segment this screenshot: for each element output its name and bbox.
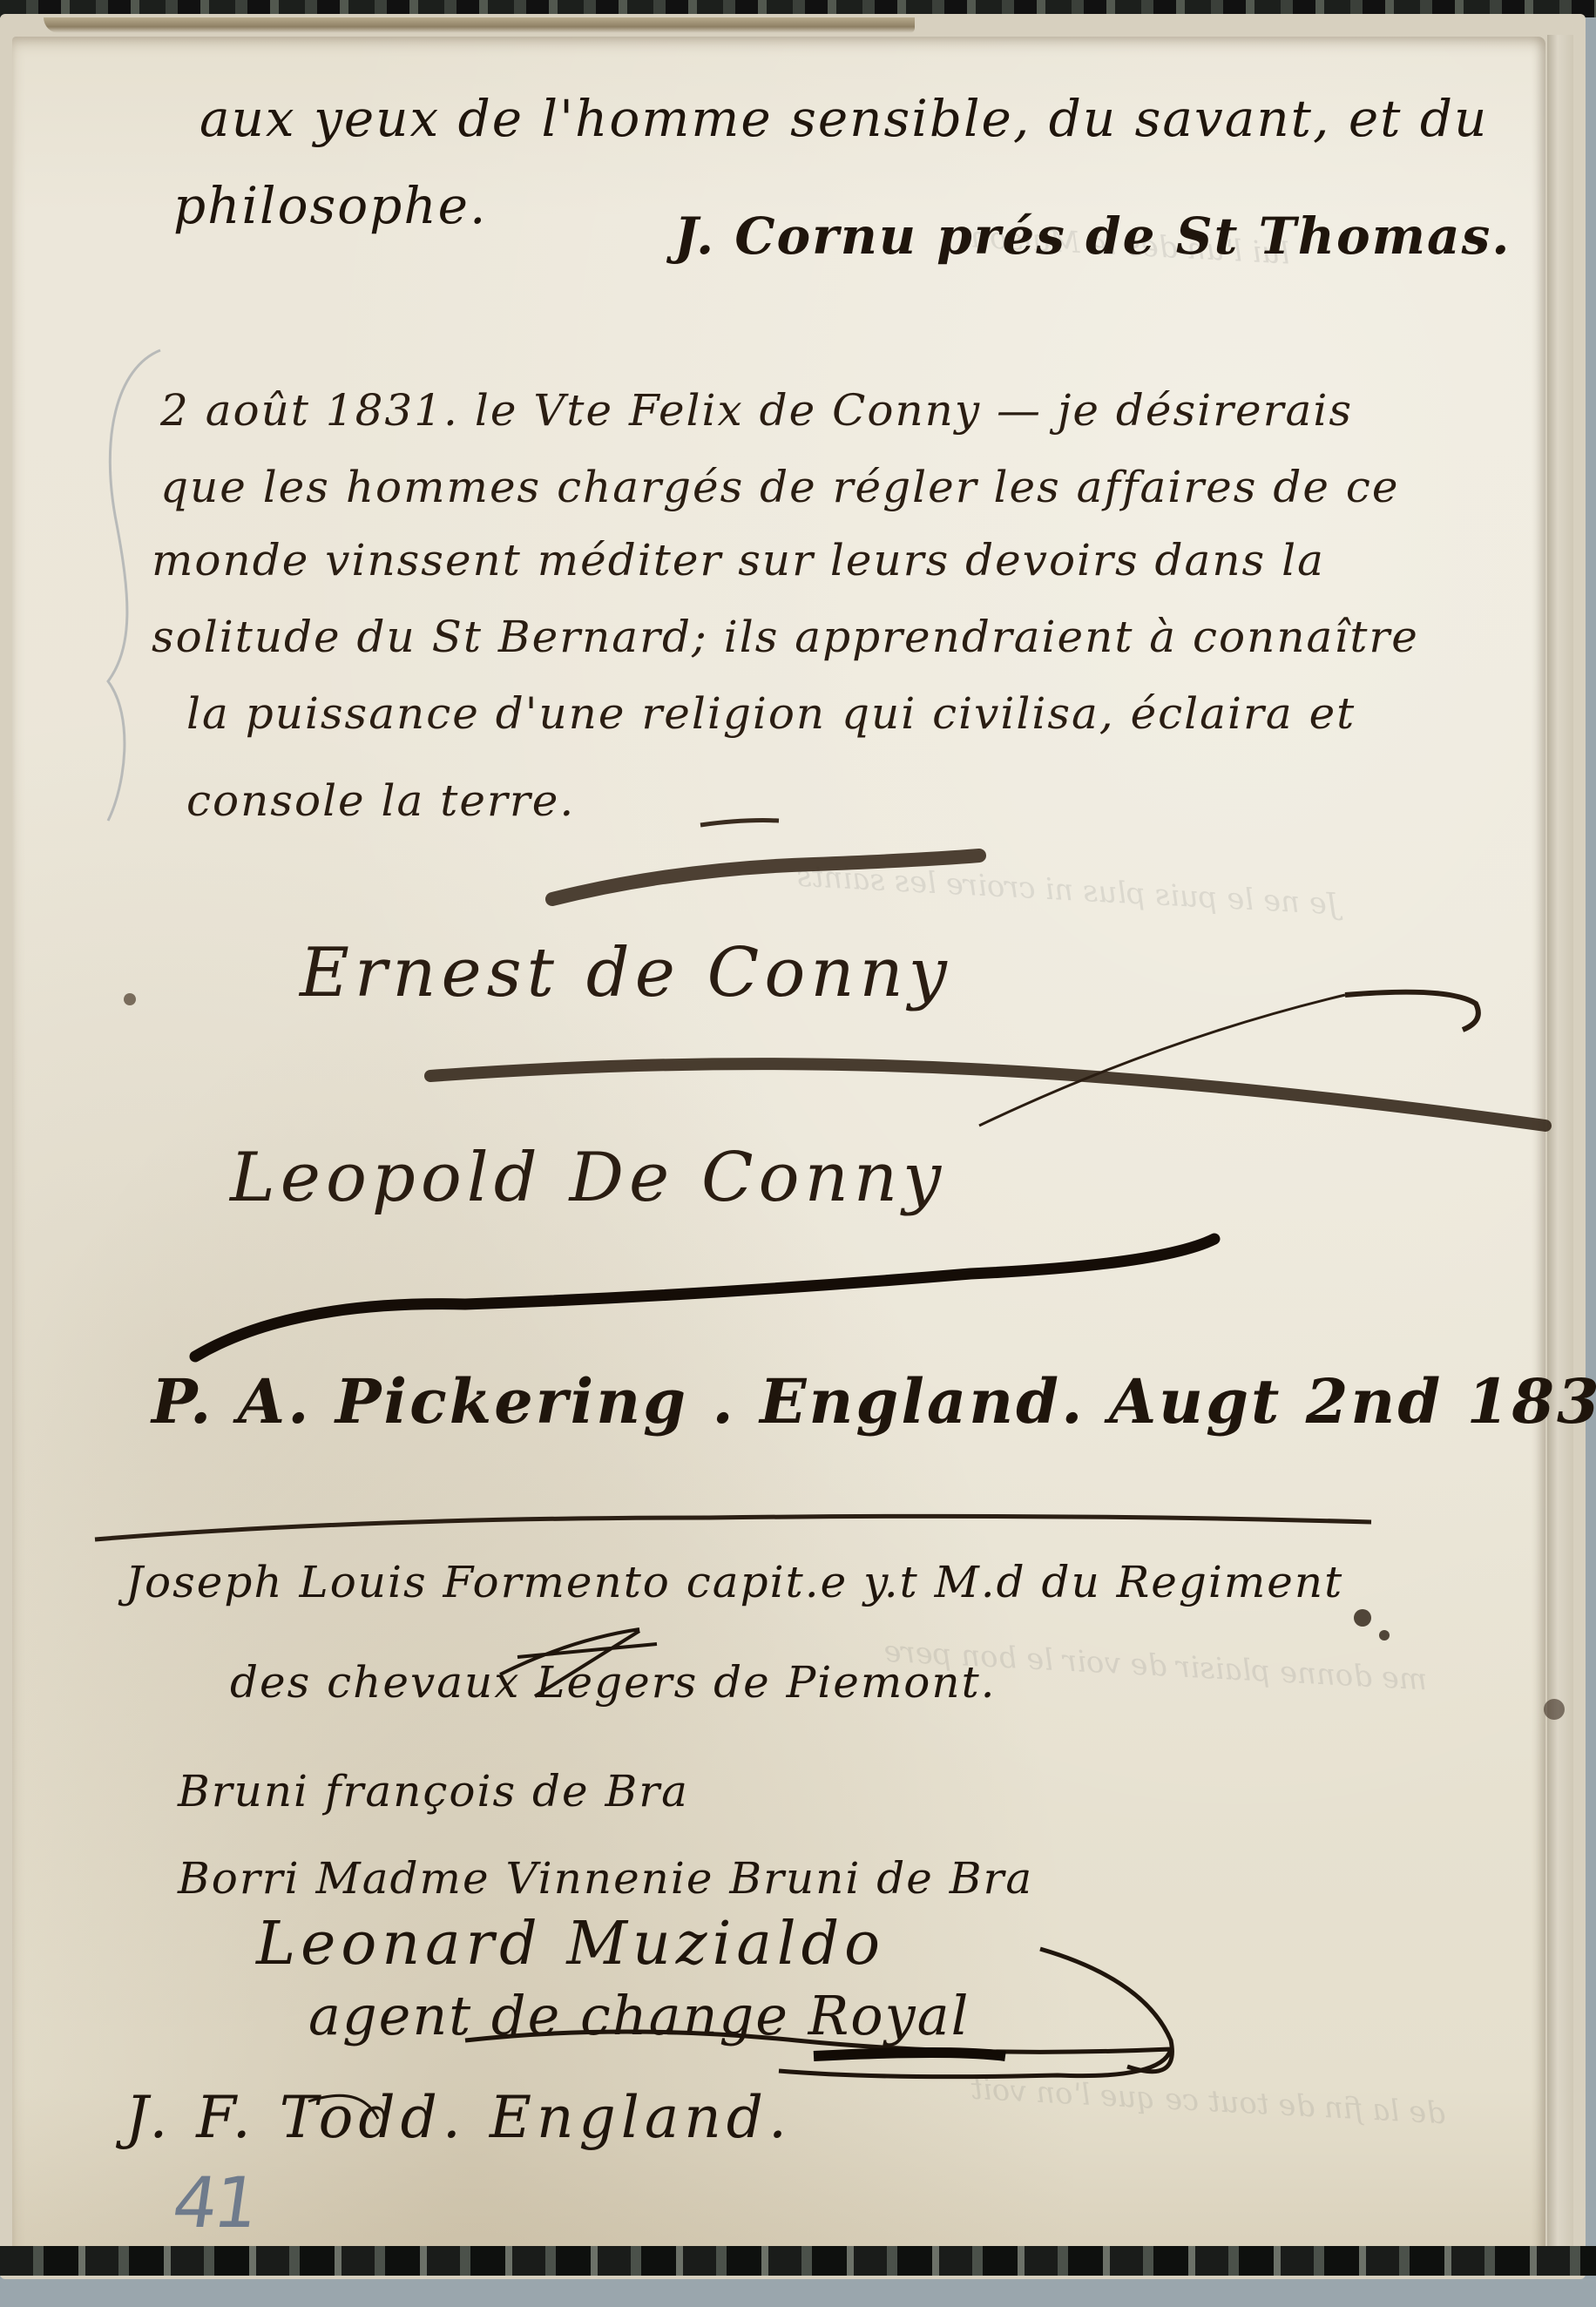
bleed-through-text: de la fin de tout ce que l'on voit — [970, 2072, 1446, 2131]
signature-leonard-muzialdo: Leonard Muzialdo — [256, 1910, 885, 1979]
handwritten-line: philosophe. — [173, 176, 487, 235]
handwritten-line: Joseph Louis Formento capit.e y.t M.d du… — [125, 1557, 1343, 1607]
signature-todd: J. F. Todd. England. — [125, 2084, 792, 2151]
signature-ernest-de-conny: Ernest de Conny — [300, 934, 952, 1012]
handwritten-line: aux yeux de l'homme sensible, du savant,… — [199, 89, 1488, 148]
bleed-through-text: Je ne le puis plus ni croire les saints — [795, 859, 1339, 923]
handwritten-line: que les hommes chargés de régler les aff… — [160, 462, 1399, 512]
signature-leopold-de-conny: Leopold De Conny — [230, 1139, 946, 1217]
torn-page-edge — [44, 17, 915, 33]
binding-cover-bottom — [0, 2246, 1596, 2276]
handwritten-line: monde vinssent méditer sur leurs devoirs… — [152, 535, 1325, 585]
signature-cornu: J. Cornu prés de St Thomas. — [674, 206, 1511, 266]
handwritten-line: console la terre. — [186, 775, 575, 826]
signature-bruni: Bruni françois de Bra — [178, 1766, 689, 1817]
signature-borri: Borri Madme Vinnenie Bruni de Bra — [178, 1853, 1033, 1904]
manuscript-page: lui l'un des le Maison Je ne le puis plu… — [12, 37, 1545, 2267]
signature-pickering: P. A. Pickering . England. Augt 2nd 1831… — [152, 1365, 1596, 1438]
handwritten-line: la puissance d'une religion qui civilisa… — [186, 688, 1356, 739]
handwritten-line: solitude du St Bernard; ils apprendraien… — [152, 612, 1419, 662]
handwritten-line: 2 août 1831. le Vte Felix de Conny — je … — [160, 385, 1353, 436]
page-fore-edge — [1547, 35, 1573, 2265]
signature-title-agent-de-change: agent de change Royal — [308, 1984, 970, 2047]
page-number: 41 — [167, 2162, 260, 2243]
handwritten-line: des chevaux Legers de Piemont. — [230, 1657, 997, 1708]
